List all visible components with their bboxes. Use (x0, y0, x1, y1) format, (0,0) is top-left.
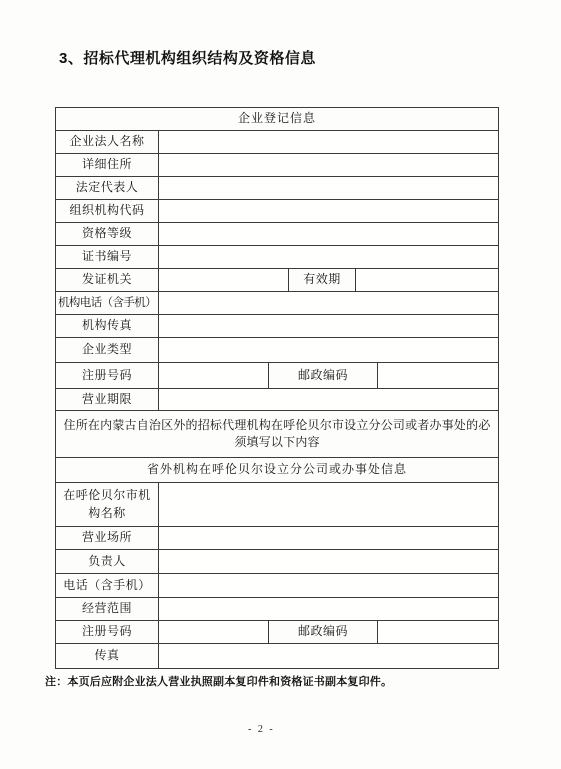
label-certificate-no: 证书编号 (56, 246, 159, 269)
page-title: 3、招标代理机构组织结构及资格信息 (59, 47, 316, 68)
label-business-term: 营业期限 (56, 389, 159, 411)
field-qualification-level (159, 223, 499, 246)
table-row: 企业法人名称 (56, 131, 499, 154)
table-row: 住所在内蒙古自治区外的招标代理机构在呼伦贝尔市设立分公司或者办事处的必须填写以下… (56, 411, 499, 458)
label-validity: 有效期 (289, 269, 356, 292)
field-branch-registration-no (159, 621, 269, 644)
field-validity (356, 269, 499, 292)
table-row: 传真 (56, 644, 499, 669)
section-header-branch-info: 省外机构在呼伦贝尔设立分公司或办事处信息 (56, 458, 499, 483)
footnote: 注：本页后应附企业法人营业执照副本复印件和资格证书副本复印件。 (45, 673, 392, 689)
field-postal-code (378, 363, 499, 389)
field-branch-postal-code (378, 621, 499, 644)
field-certificate-no (159, 246, 499, 269)
field-company-type (159, 338, 499, 363)
table-row: 组织机构代码 (56, 200, 499, 223)
page-number: - 2 - (248, 724, 275, 735)
field-premises (159, 527, 499, 550)
label-postal-code: 邮政编码 (269, 363, 378, 389)
label-branch-postal-code: 邮政编码 (269, 621, 378, 644)
table-row: 省外机构在呼伦贝尔设立分公司或办事处信息 (56, 458, 499, 483)
section-header-enterprise-registration: 企业登记信息 (56, 108, 499, 131)
label-branch-name: 在呼伦贝尔市机构名称 (56, 483, 159, 527)
field-company-name (159, 131, 499, 154)
label-org-fax: 机构传真 (56, 315, 159, 338)
label-company-type: 企业类型 (56, 338, 159, 363)
table-row: 详细住所 (56, 154, 499, 177)
field-org-phone (159, 292, 499, 315)
label-issuing-authority: 发证机关 (56, 269, 159, 292)
label-premises: 营业场所 (56, 527, 159, 550)
table-row: 发证机关 有效期 (56, 269, 499, 292)
table-row: 机构电话（含手机） (56, 292, 499, 315)
field-issuing-authority (159, 269, 289, 292)
notice-out-of-region-requirement: 住所在内蒙古自治区外的招标代理机构在呼伦贝尔市设立分公司或者办事处的必须填写以下… (56, 411, 499, 458)
label-registration-no: 注册号码 (56, 363, 159, 389)
table-row: 注册号码 邮政编码 (56, 363, 499, 389)
table-row: 证书编号 (56, 246, 499, 269)
label-company-name: 企业法人名称 (56, 131, 159, 154)
label-branch-fax: 传真 (56, 644, 159, 669)
field-business-scope (159, 598, 499, 621)
label-business-scope: 经营范围 (56, 598, 159, 621)
field-business-term (159, 389, 499, 411)
table-row: 经营范围 (56, 598, 499, 621)
label-branch-registration-no: 注册号码 (56, 621, 159, 644)
label-org-code: 组织机构代码 (56, 200, 159, 223)
table-row: 法定代表人 (56, 177, 499, 200)
registration-form-table: 企业登记信息 企业法人名称 详细住所 法定代表人 组织机构代码 资格等级 (55, 107, 499, 669)
scanned-document-page: 3、招标代理机构组织结构及资格信息 企业登记信息 企业法人名称 详细住所 法定代 (0, 0, 561, 769)
field-org-code (159, 200, 499, 223)
table-row: 资格等级 (56, 223, 499, 246)
field-registration-no (159, 363, 269, 389)
field-branch-name (159, 483, 499, 527)
table-row: 负责人 (56, 550, 499, 574)
field-branch-phone (159, 574, 499, 598)
label-qualification-level: 资格等级 (56, 223, 159, 246)
label-org-phone: 机构电话（含手机） (56, 292, 159, 315)
field-person-in-charge (159, 550, 499, 574)
table-row: 营业期限 (56, 389, 499, 411)
label-person-in-charge: 负责人 (56, 550, 159, 574)
label-legal-rep: 法定代表人 (56, 177, 159, 200)
table-row: 在呼伦贝尔市机构名称 (56, 483, 499, 527)
table-row: 企业类型 (56, 338, 499, 363)
label-branch-phone: 电话（含手机） (56, 574, 159, 598)
field-org-fax (159, 315, 499, 338)
table-row: 营业场所 (56, 527, 499, 550)
table-row: 机构传真 (56, 315, 499, 338)
field-legal-rep (159, 177, 499, 200)
table-row: 电话（含手机） (56, 574, 499, 598)
table-row: 注册号码 邮政编码 (56, 621, 499, 644)
table-row: 企业登记信息 (56, 108, 499, 131)
label-address: 详细住所 (56, 154, 159, 177)
field-branch-fax (159, 644, 499, 669)
field-address (159, 154, 499, 177)
